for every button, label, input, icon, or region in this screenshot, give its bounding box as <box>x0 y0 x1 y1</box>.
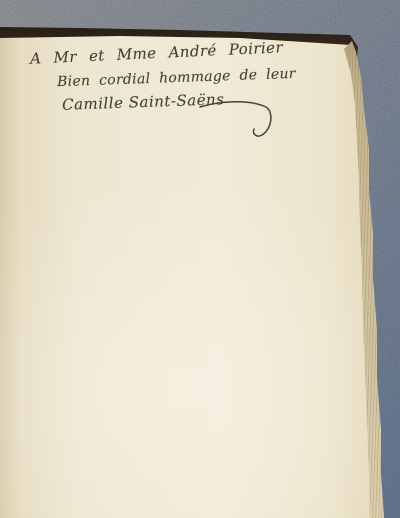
signature-flourish <box>196 97 286 143</box>
book-photo: A Mr et Mme André Poirier Bien cordial h… <box>0 0 400 518</box>
handwritten-inscription: A Mr et Mme André Poirier Bien cordial h… <box>0 0 400 140</box>
inscription-line-1: A Mr et Mme André Poirier <box>30 38 284 67</box>
inscription-line-2: Bien cordial hommage de leur <box>57 66 296 90</box>
